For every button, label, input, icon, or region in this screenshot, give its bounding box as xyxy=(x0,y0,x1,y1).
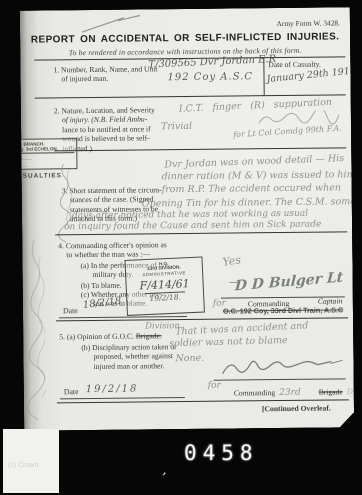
section5-brigade-struck: Brigade xyxy=(319,387,343,396)
section3-value-4: Opening Tin for his dinner. The C.S.M. s… xyxy=(142,196,356,209)
section4-date-underline xyxy=(59,316,187,318)
hq-division-stamp: H.Q. 33rd DIVISION. ADMINISTRATIVE F/414… xyxy=(124,256,204,315)
section5-date-value: 19/2/18 xyxy=(86,384,139,396)
section5-item-a: 5. (a) Opinion of G.O.C. Brigade. xyxy=(59,331,162,341)
section4-unit-stamp: O.C. 192 Coy, 33rd Divl Train, A.S.C xyxy=(223,305,343,315)
crown-watermark: (c) Crown xyxy=(8,462,38,469)
section3-value-2: dinner ration (M & V) was issued to him xyxy=(161,169,355,182)
date-of-casualty-label: Date of Casualty. xyxy=(268,60,321,70)
form-number: Army Form W. 3428. xyxy=(276,18,340,28)
section3-value-3: from R.P. The accident occured when xyxy=(162,182,341,195)
section1-value-1: T/309565 Dvr Jordan E.R xyxy=(148,54,276,71)
section5-commanding-line: Commanding 23rd Brigade Division xyxy=(234,381,362,401)
section5-date-label: Date xyxy=(64,387,79,396)
section5-commanding-number: 23rd xyxy=(279,388,301,398)
section5-value-2: soldier was not to blame xyxy=(169,335,288,349)
hq-stamp-ref: F/414/61 xyxy=(126,277,203,293)
section5-signature-underline xyxy=(214,378,346,380)
section2-value-2: Trivial xyxy=(161,121,192,132)
section5-for-scrawl: for xyxy=(208,381,221,391)
section5-commanding-label: Commanding xyxy=(234,388,275,397)
section4-answer-a: Yes xyxy=(222,253,242,269)
section5-brigade-correction: Division xyxy=(347,387,362,396)
section5-value-3: None. xyxy=(175,353,204,364)
document-photo: Army Form W. 3428. REPORT ON ACCIDENTAL … xyxy=(0,0,362,495)
rule-section5 xyxy=(57,399,349,403)
form-title: REPORT ON ACCIDENTAL OR SELF-INFLICTED I… xyxy=(20,31,350,45)
section4-captain-label: Captain xyxy=(318,296,343,305)
section5-item-a-struck: Brigade. xyxy=(136,331,162,340)
section3-value-1: Dvr Jordan was on wood detail — His xyxy=(164,153,344,171)
section5-value-1: That it was an accident and xyxy=(175,320,309,337)
crown-copyright-card: (c) Crown xyxy=(3,429,59,493)
section1-value-2: 192 Coy A.S.C xyxy=(167,71,253,83)
section2-signature-sub: for Lt Col Comdg 99th F.A. xyxy=(233,124,342,140)
film-frame-number: 0458 xyxy=(184,441,259,465)
section4-signature: D D Bulger Lt xyxy=(234,270,343,295)
pencil-mark xyxy=(78,11,148,34)
margin-scribbles xyxy=(24,235,46,430)
section4-date-label: Date xyxy=(63,306,78,315)
margin-scribble-refs xyxy=(55,160,72,250)
section3-label: 3. Short statement of the circum- stance… xyxy=(62,185,174,224)
section5-date-underline xyxy=(60,397,185,399)
hq-stamp-date: 19/2/18. xyxy=(145,291,185,303)
form-paper: Army Form W. 3428. REPORT ON ACCIDENTAL … xyxy=(20,7,354,430)
film-mark: , xyxy=(161,463,168,479)
continued-overleaf: [Continued Overleaf. xyxy=(262,404,331,414)
section5-signature-scrawl xyxy=(218,355,348,378)
